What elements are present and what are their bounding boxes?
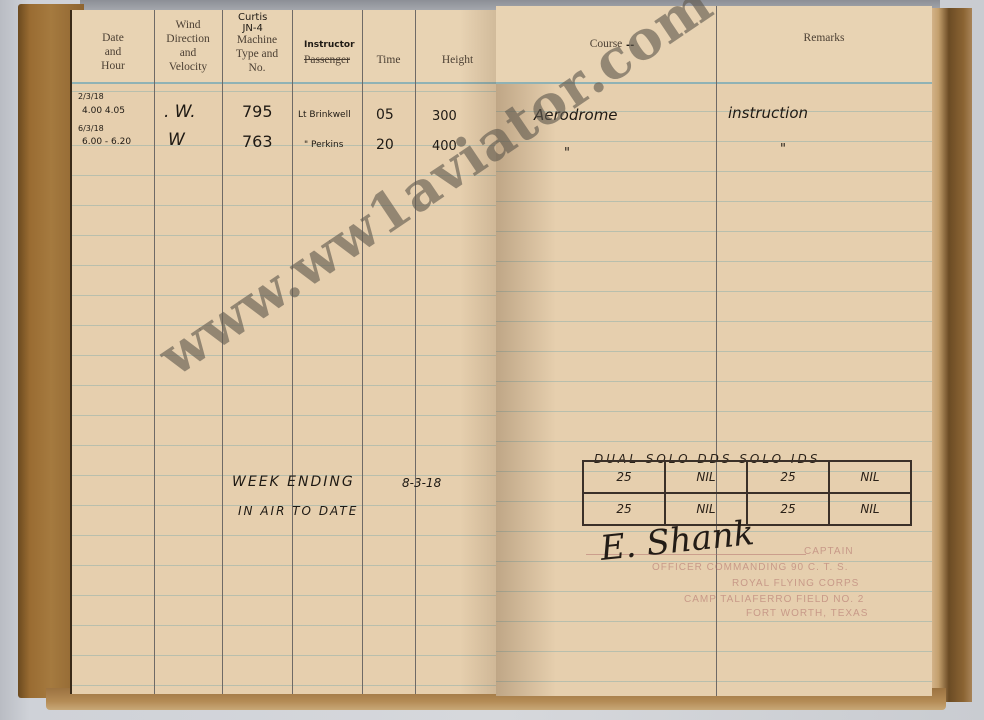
header-date-hour: Date and Hour (72, 16, 154, 88)
row-hour: 4.00 4.05 (82, 106, 125, 116)
row-time: 20 (376, 137, 394, 153)
book-cover-right (930, 8, 972, 702)
row-date: 2/3/18 (78, 92, 104, 101)
column-divider (362, 10, 363, 694)
header-time: Time (362, 24, 415, 96)
row-instructor: " Perkins (304, 140, 343, 150)
row-height: 300 (432, 109, 457, 124)
stamp-line: CAPTAIN (804, 546, 854, 557)
totals-cell: 25 (747, 493, 829, 525)
header-text: No. (236, 61, 278, 75)
column-divider (716, 6, 717, 696)
week-ending-label: WEEK ENDING (232, 474, 355, 490)
left-page: Date and Hour Wind Direction and Velocit… (70, 10, 500, 694)
header-text: Passenger (304, 53, 350, 67)
column-divider (154, 10, 155, 694)
row-remarks: " (780, 142, 786, 157)
row-instructor: Lt Brinkwell (298, 110, 351, 120)
totals-cell: 25 (747, 461, 829, 493)
column-divider (292, 10, 293, 694)
annotation-text: Curtis (238, 12, 267, 23)
row-machine: 763 (242, 132, 273, 151)
totals-row: 25 NIL 25 NIL (583, 461, 911, 493)
header-text: Direction (166, 32, 209, 46)
header-text: and (101, 45, 125, 59)
header-remarks: Remarks (716, 18, 932, 58)
header-text: Machine (236, 33, 278, 47)
row-hour: 6.00 - 6.20 (82, 137, 131, 147)
logbook-scene: Date and Hour Wind Direction and Velocit… (0, 0, 984, 720)
stamp-line: ROYAL FLYING CORPS (732, 578, 859, 589)
totals-cell: 25 (583, 461, 665, 493)
in-air-to-date-label: IN AIR TO DATE (238, 504, 358, 518)
totals-cell: NIL (665, 461, 747, 493)
row-wind: W (168, 130, 185, 150)
totals-cell: NIL (829, 493, 911, 525)
header-text: Hour (101, 59, 125, 73)
column-divider (415, 10, 416, 694)
row-wind: . W. (164, 102, 196, 122)
row-date: 6/3/18 (78, 124, 104, 133)
header-wind: Wind Direction and Velocity (154, 10, 222, 82)
header-text: Date (101, 31, 125, 45)
annotation-text: JN-4 (238, 23, 267, 34)
totals-cell: 25 (583, 493, 665, 525)
week-ending-date: 8-3-18 (402, 476, 441, 490)
stamp-line: OFFICER COMMANDING 90 C. T. S. (652, 562, 849, 573)
stamp-line: CAMP TALIAFERRO FIELD NO. 2 (684, 594, 864, 605)
row-course: " (564, 146, 570, 161)
row-machine: 795 (242, 102, 273, 121)
passenger-annotation: Instructor (304, 40, 355, 50)
machine-annotation: Curtis JN-4 (238, 12, 267, 34)
stamp-line: FORT WORTH, TEXAS (746, 608, 868, 619)
header-text: and (166, 46, 209, 60)
header-text: Wind (166, 18, 209, 32)
header-text: Type and (236, 47, 278, 61)
header-height: Height (415, 24, 500, 96)
header-passenger: Passenger (292, 24, 362, 96)
row-time: 05 (376, 107, 394, 123)
totals-cell: NIL (829, 461, 911, 493)
row-remarks: instruction (728, 104, 808, 122)
header-text: Velocity (166, 60, 209, 74)
